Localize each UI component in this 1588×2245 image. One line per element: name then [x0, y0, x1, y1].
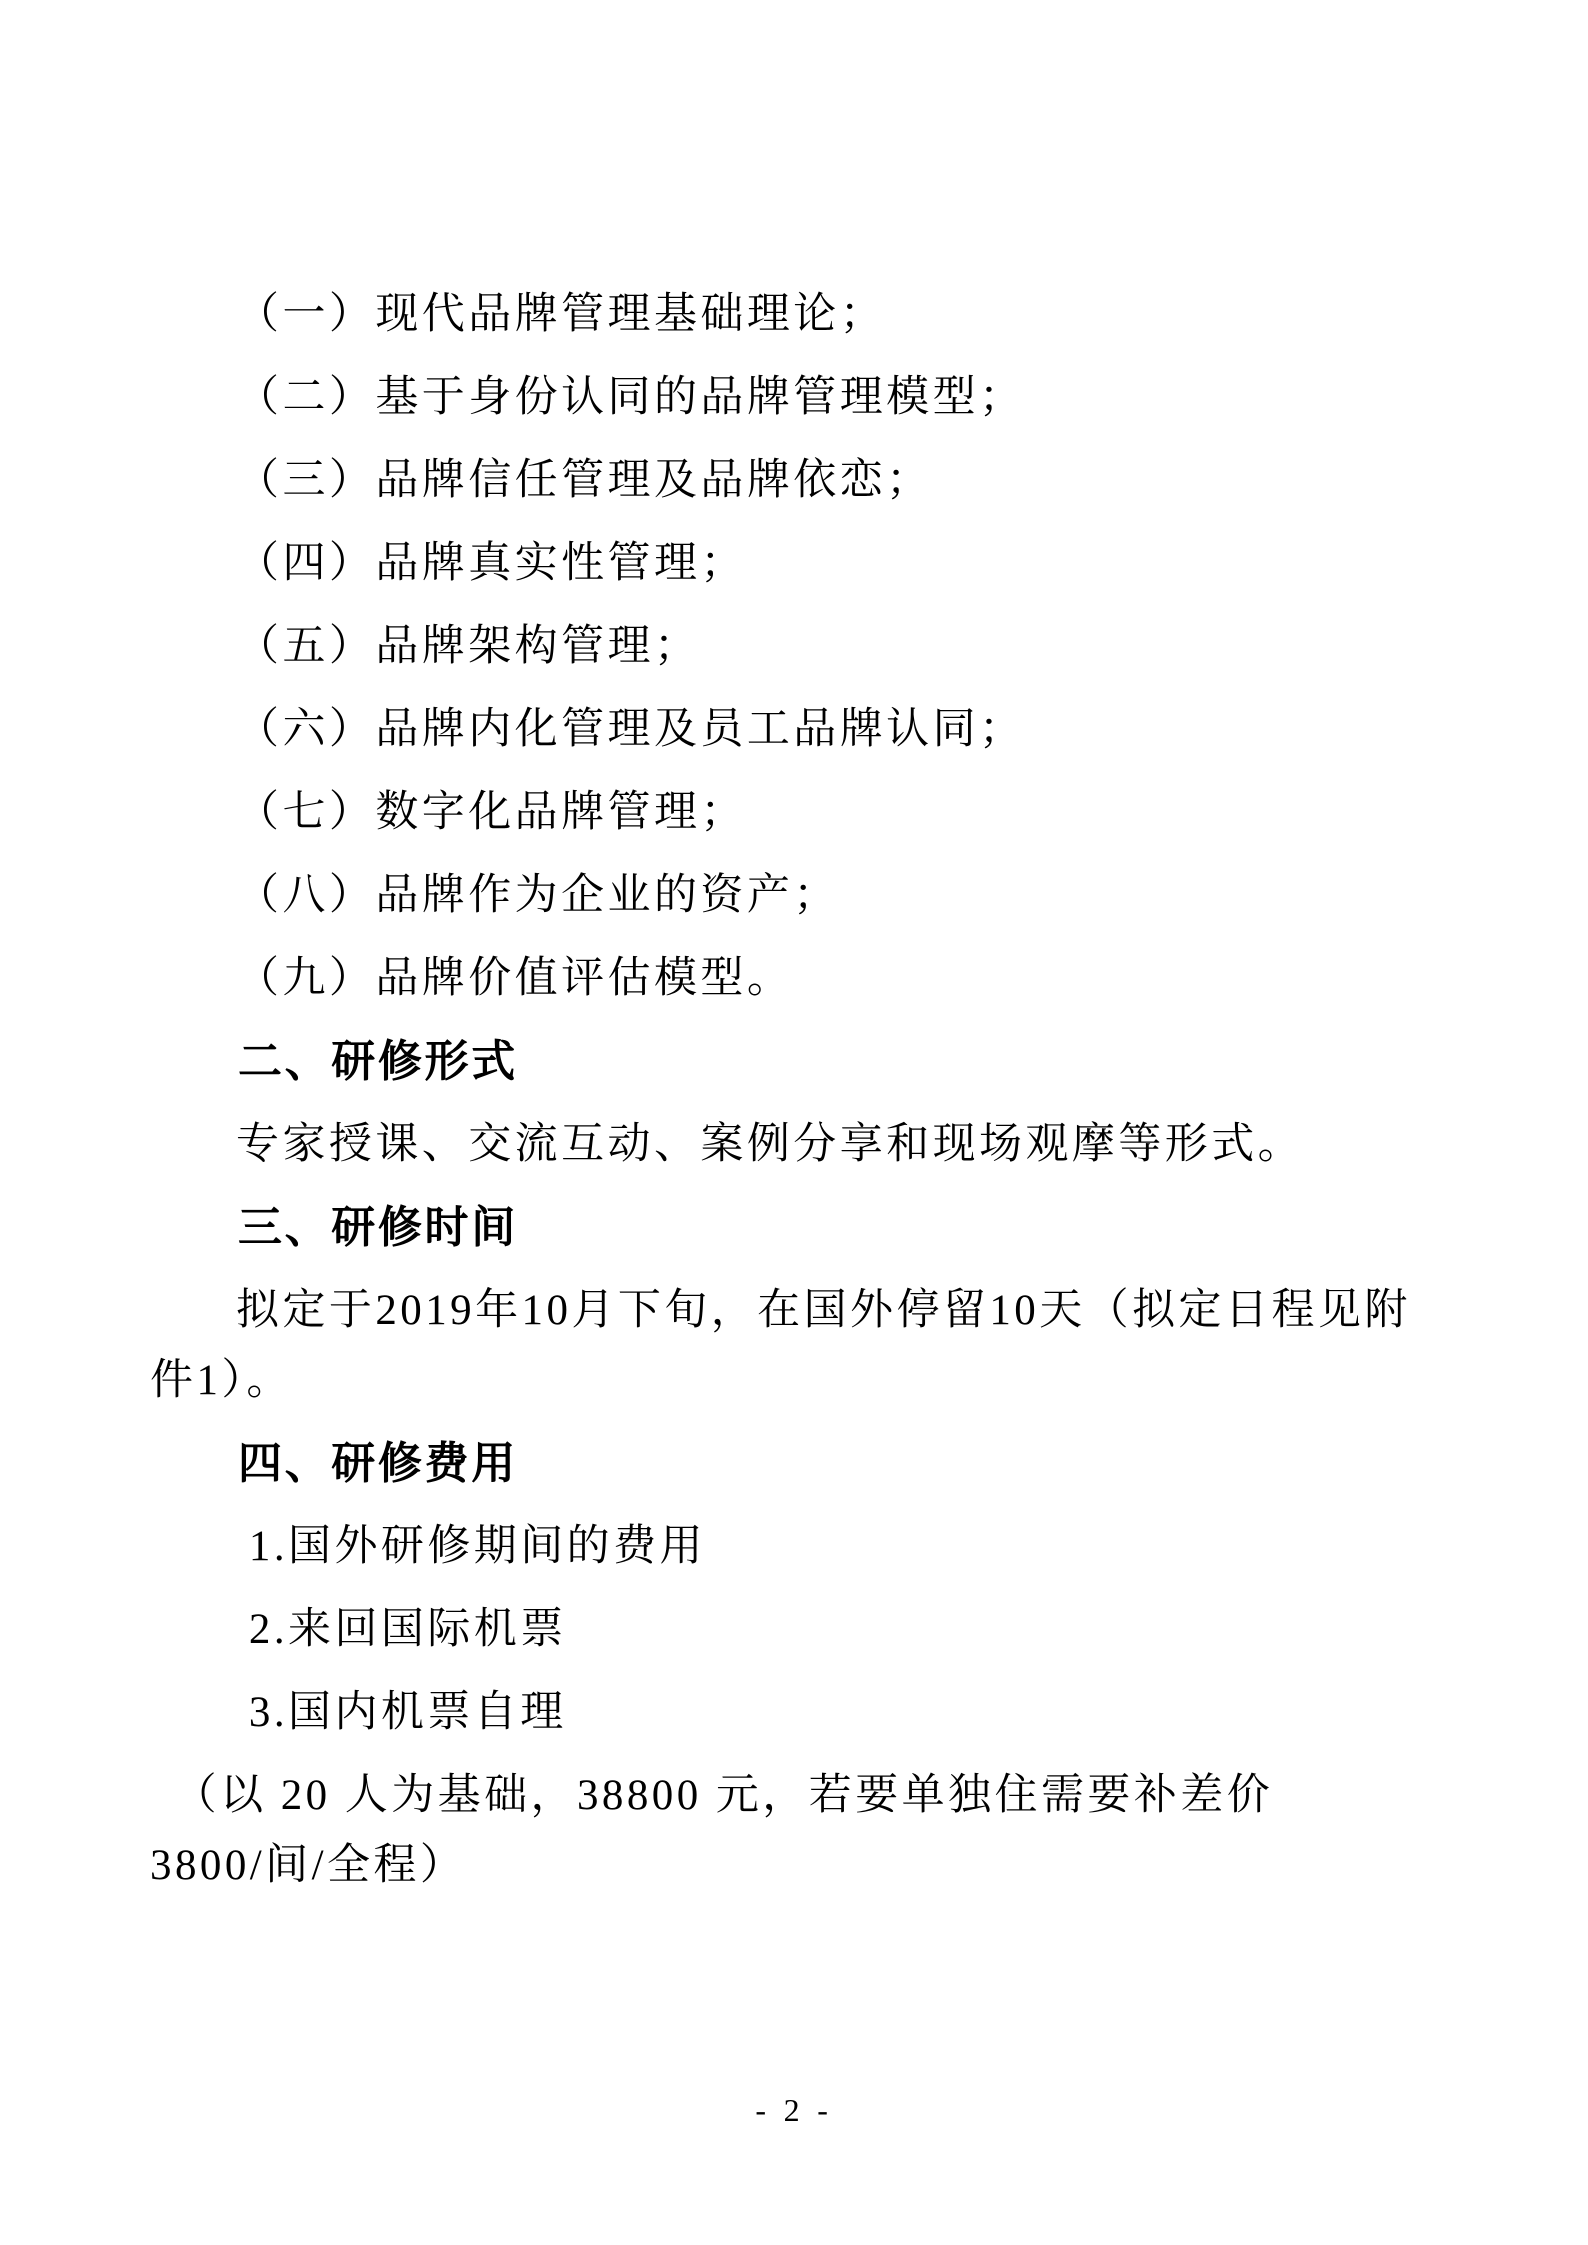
list-item: （四）品牌真实性管理；	[150, 529, 1418, 599]
list-item: （六）品牌内化管理及员工品牌认同；	[150, 695, 1418, 765]
page-number: - 2 -	[0, 2092, 1588, 2129]
document-body: （一）现代品牌管理基础理论； （二）基于身份认同的品牌管理模型； （三）品牌信任…	[150, 280, 1418, 1914]
paragraph: 专家授课、交流互动、案例分享和现场观摩等形式。	[150, 1110, 1418, 1180]
list-item: （二）基于身份认同的品牌管理模型；	[150, 363, 1418, 433]
paragraph-line: （以 20 人为基础，38800 元，若要单独住需要补差价	[150, 1761, 1418, 1831]
list-item: （一）现代品牌管理基础理论；	[150, 280, 1418, 350]
section-heading-training-cost: 四、研修费用	[150, 1429, 1418, 1499]
numbered-item: 1.国外研修期间的费用	[150, 1512, 1418, 1582]
list-item: （七）数字化品牌管理；	[150, 778, 1418, 848]
list-item: （五）品牌架构管理；	[150, 612, 1418, 682]
numbered-item: 2.来回国际机票	[150, 1595, 1418, 1665]
list-item: （三）品牌信任管理及品牌依恋；	[150, 446, 1418, 516]
numbered-item: 3.国内机票自理	[150, 1678, 1418, 1748]
cost-note: （以 20 人为基础，38800 元，若要单独住需要补差价 3800/间/全程）	[150, 1761, 1418, 1901]
list-item: （八）品牌作为企业的资产；	[150, 861, 1418, 931]
document-page: （一）现代品牌管理基础理论； （二）基于身份认同的品牌管理模型； （三）品牌信任…	[0, 0, 1588, 2245]
list-item: （九）品牌价值评估模型。	[150, 944, 1418, 1014]
paragraph-line: 件1）。	[150, 1346, 1418, 1416]
paragraph-line: 拟定于2019年10月下旬，在国外停留10天（拟定日程见附	[150, 1276, 1418, 1346]
section-heading-training-time: 三、研修时间	[150, 1193, 1418, 1263]
paragraph-line: 3800/间/全程）	[150, 1831, 1418, 1901]
paragraph: 拟定于2019年10月下旬，在国外停留10天（拟定日程见附 件1）。	[150, 1276, 1418, 1416]
section-heading-training-format: 二、研修形式	[150, 1027, 1418, 1097]
